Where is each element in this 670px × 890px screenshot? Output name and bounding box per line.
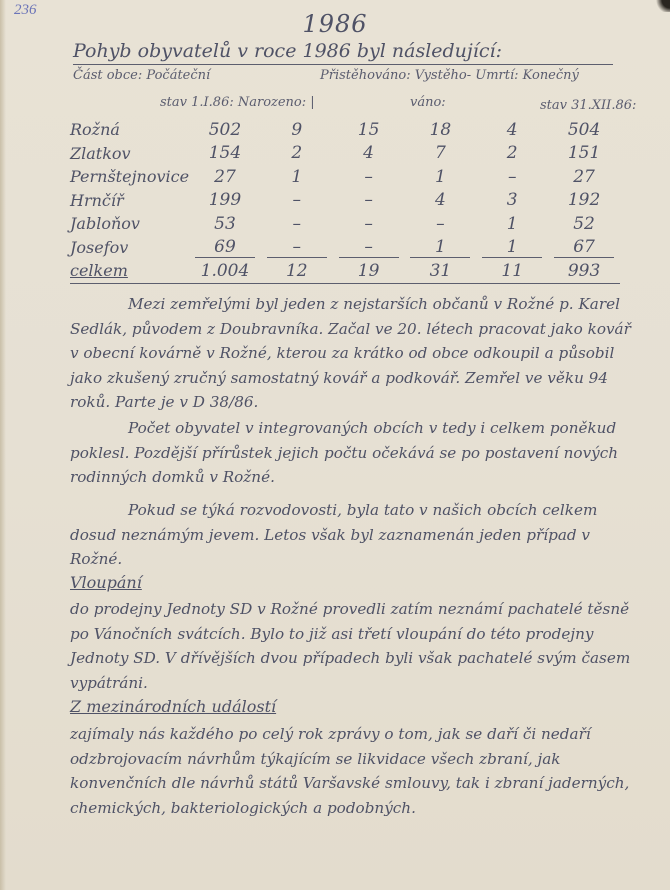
cell-moved-in: – [339,237,399,258]
table-header-line2-right: stav 31.XII.86: [540,98,636,113]
cell-born: – [261,212,333,236]
cell-name: Pernštejnovice [70,165,189,189]
cell-end: 151 [548,142,620,166]
table-row: Hrnčíř 199 – – 4 3 192 [70,189,620,213]
section-title-burglary: Vloupání [70,573,142,592]
cell-end: 52 [548,212,620,236]
paragraph-deceased: Mezi zemřelými byl jeden z nejstarších o… [70,292,640,415]
table-row: Pernštejnovice 27 1 – 1 – 27 [70,165,620,189]
cell-moved-in: – [333,212,405,236]
cell-end: 504 [548,118,620,142]
total-moved-in: 19 [333,259,405,283]
table-header-line1-right: Přistěhováno: Vystěho- Umrtí: Konečný [320,68,579,83]
table-row: Zlatkov 154 2 4 7 2 151 [70,142,620,166]
cell-end: 192 [548,189,620,213]
cell-died: 1 [476,212,548,236]
total-label: celkem [70,261,128,280]
cell-died: 4 [476,118,548,142]
cell-moved-out: – [405,212,477,236]
cell-died: 1 [482,237,542,258]
cell-born: – [267,237,327,258]
cell-moved-out: 18 [405,118,477,142]
cell-moved-in: 15 [333,118,405,142]
section-heading: Pohyb obyvatelů v roce 1986 byl následuj… [73,40,613,65]
cell-moved-in: 4 [333,142,405,166]
total-start: 1.004 [189,259,261,283]
cell-born: 1 [261,165,333,189]
cell-born: 9 [261,118,333,142]
cell-name: Hrnčíř [70,189,189,213]
total-moved-out: 31 [405,259,477,283]
section-title-international: Z mezinárodních událostí [70,697,276,716]
cell-died: 2 [476,142,548,166]
cell-start: 27 [189,165,261,189]
paragraph-text: Pokud se týká rozvodovosti, byla tato v … [70,501,597,568]
paragraph-text: Mezi zemřelými byl jeden z nejstarších o… [70,295,631,411]
cell-name: Rožná [70,118,189,142]
cell-end: 27 [548,165,620,189]
cell-end: 67 [554,237,614,258]
table-header-line2-mid: váno: [410,95,446,110]
table-total-row: celkem 1.004 12 19 31 11 993 [70,259,620,283]
document-page: 236 1986 Pohyb obyvatelů v roce 1986 byl… [0,0,670,890]
table-header-line2-left: stav 1.I.86: Narozeno: | [160,95,315,110]
cell-moved-in: – [333,165,405,189]
table-header-line1-left: Část obce: Počáteční [73,68,210,83]
total-end: 993 [548,259,620,283]
cell-name: Jabloňov [70,212,189,236]
paragraph-population: Počet obyvatel v integrovaných obcích v … [70,416,640,490]
paragraph-text: zajímaly nás každého po celý rok zprávy … [70,725,629,817]
cell-born: – [261,189,333,213]
population-table: Rožná 502 9 15 18 4 504 Zlatkov 154 2 4 … [70,118,620,284]
paragraph-divorce: Pokud se týká rozvodovosti, byla tato v … [70,498,640,572]
cell-died: 3 [476,189,548,213]
cell-moved-out: 1 [405,165,477,189]
cell-start: 53 [189,212,261,236]
cell-died: – [476,165,548,189]
cell-start: 502 [189,118,261,142]
cell-start: 154 [189,142,261,166]
cell-moved-in: – [333,189,405,213]
cell-moved-out: 4 [405,189,477,213]
table-row: Rožná 502 9 15 18 4 504 [70,118,620,142]
cell-born: 2 [261,142,333,166]
total-died: 11 [476,259,548,283]
table-row: Jabloňov 53 – – – 1 52 [70,212,620,236]
cell-moved-out: 7 [405,142,477,166]
year-title: 1986 [0,10,670,38]
paragraph-international: zajímaly nás každého po celý rok zprávy … [70,722,640,820]
cell-start: 69 [195,237,255,258]
cell-moved-out: 1 [410,237,470,258]
cell-name: Josefov [70,236,189,260]
paragraph-burglary: do prodejny Jednoty SD v Rožné provedli … [70,597,640,695]
cell-name: Zlatkov [70,142,189,166]
table-row: Josefov 69 – – 1 1 67 [70,236,620,260]
cell-start: 199 [189,189,261,213]
paragraph-text: Počet obyvatel v integrovaných obcích v … [70,419,618,486]
total-born: 12 [261,259,333,283]
paragraph-text: do prodejny Jednoty SD v Rožné provedli … [70,600,630,692]
